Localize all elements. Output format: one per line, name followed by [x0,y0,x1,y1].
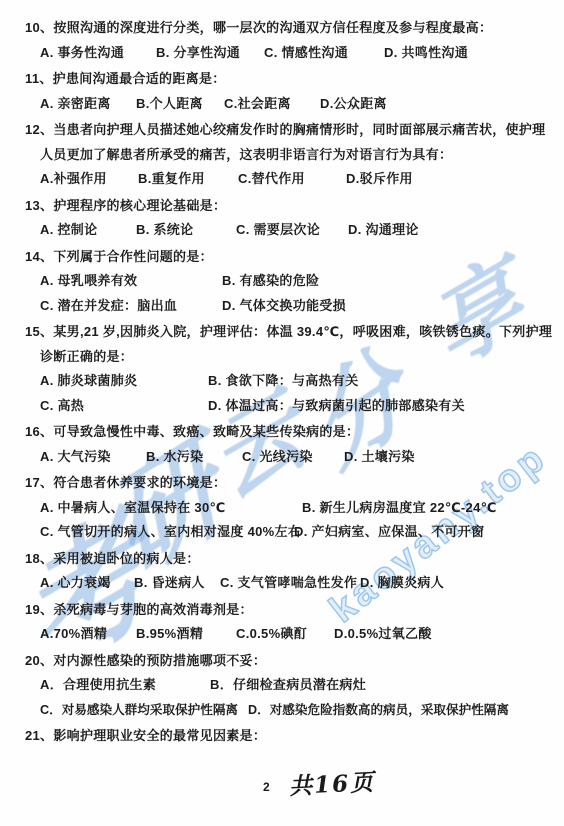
option-b: B. 食欲下降：与高热有关 [208,369,359,394]
option-d: D. 共鸣性沟通 [384,41,468,66]
option-d: D.0.5%过氧乙酸 [334,622,432,647]
handwritten-total-pages-note: 共16页 [288,764,376,801]
question-15: 15、某男,21 岁,因肺炎入院，护理评估：体温 39.4℃，呼吸困难，咳铁锈色… [25,320,556,418]
question-21: 21、影响护理职业安全的最常见因素是： [25,724,556,749]
question-16: 16、可导致急慢性中毒、致癌、致畸及某些传染病的是： A. 大气污染 B. 水污… [25,420,556,469]
option-b: B.个人距离 [136,92,224,117]
option-b: B．仔细检查病员潜在病灶 [210,673,366,698]
option-d: D. 胸膜炎病人 [360,571,444,596]
question-15-stem: 15、某男,21 岁,因肺炎入院，护理评估：体温 39.4℃，呼吸困难，咳铁锈色… [25,320,556,369]
question-14: 14、下列属于合作性问题的是： A. 母乳喂养有效 B. 有感染的危险 C. 潜… [25,245,556,319]
question-16-options: A. 大气污染 B. 水污染 C. 光线污染 D. 土壤污染 [25,445,556,470]
question-19-options: A.70%酒精 B.95%酒精 C.0.5%碘酊 D.0.5%过氧乙酸 [25,622,556,647]
question-21-stem: 21、影响护理职业安全的最常见因素是： [25,724,556,749]
option-a: A. 事务性沟通 [40,41,156,66]
option-b: B.95%酒精 [136,622,236,647]
option-a: A. 大气污染 [40,445,146,470]
option-b: B. 有感染的危险 [222,269,319,294]
option-d: D. 沟通理论 [348,218,419,243]
option-a: A.补强作用 [40,167,138,192]
option-d: D.驳斥作用 [346,167,413,192]
option-a: A. 心力衰竭 [40,571,134,596]
option-a: A. 控制论 [40,218,136,243]
option-c: C. 潜在并发症：脑出血 [40,294,222,319]
option-a: A．合理使用抗生素 [40,673,210,698]
page-number: 2 [263,780,270,794]
question-17-options-row1: A. 中暑病人、室温保持在 30℃ B. 新生儿病房温度宜 22℃-24℃ [25,496,556,521]
question-17-options-row2: C. 气管切开的病人、室内相对湿度 40%左右 D. 产妇病室、应保温、不可开窗 [25,520,556,545]
option-a: A.70%酒精 [40,622,136,647]
option-b: B. 分享性沟通 [156,41,264,66]
option-b: B. 系统论 [136,218,236,243]
question-20: 20、对内源性感染的预防措施哪项不妥： A．合理使用抗生素 B．仔细检查病员潜在… [25,649,556,723]
question-15-options-row2: C. 高热 D. 体温过高：与致病菌引起的肺部感染有关 [25,394,556,419]
question-19-stem: 19、杀死病毒与芽胞的高效消毒剂是： [25,598,556,623]
option-d: D．对感染危险指数高的病员，采取保护性隔离 [248,698,509,723]
question-20-options-row1: A．合理使用抗生素 B．仔细检查病员潜在病灶 [25,673,556,698]
question-18: 18、采用被迫卧位的病人是： A. 心力衰竭 B. 昏迷病人 C. 支气管哮喘急… [25,547,556,596]
option-c: C. 高热 [40,394,208,419]
question-11-stem: 11、护患间沟通最合适的距离是： [25,67,556,92]
question-12-options: A.补强作用 B.重复作用 C.替代作用 D.驳斥作用 [25,167,556,192]
option-b: B.重复作用 [138,167,238,192]
question-14-options-row2: C. 潜在并发症：脑出血 D. 气体交换功能受损 [25,294,556,319]
option-a: A. 母乳喂养有效 [40,269,222,294]
option-c: C. 支气管哮喘急性发作 [220,571,360,596]
option-c: C. 情感性沟通 [264,41,384,66]
question-12-stem: 12、当患者向护理人员描述她心绞痛发作时的胸痛情形时，同时面部展示痛苦状，使护理… [25,118,556,167]
question-13-stem: 13、护理程序的核心理论基础是： [25,194,556,219]
question-14-stem: 14、下列属于合作性问题的是： [25,245,556,270]
question-13-options: A. 控制论 B. 系统论 C. 需要层次论 D. 沟通理论 [25,218,556,243]
option-c: C.社会距离 [224,92,320,117]
option-c: C. 需要层次论 [236,218,348,243]
exam-page: 10、按照沟通的深度进行分类，哪一层次的沟通双方信任程度及参与程度最高： A. … [0,0,564,826]
option-a: A. 中暑病人、室温保持在 30℃ [40,496,302,521]
question-18-stem: 18、采用被迫卧位的病人是： [25,547,556,572]
option-d: D. 体温过高：与致病菌引起的肺部感染有关 [208,394,465,419]
question-18-options: A. 心力衰竭 B. 昏迷病人 C. 支气管哮喘急性发作 D. 胸膜炎病人 [25,571,556,596]
question-19: 19、杀死病毒与芽胞的高效消毒剂是： A.70%酒精 B.95%酒精 C.0.5… [25,598,556,647]
question-10: 10、按照沟通的深度进行分类，哪一层次的沟通双方信任程度及参与程度最高： A. … [25,16,556,65]
question-17: 17、符合患者休养要求的环境是： A. 中暑病人、室温保持在 30℃ B. 新生… [25,471,556,545]
question-11-options: A. 亲密距离 B.个人距离 C.社会距离 D.公众距离 [25,92,556,117]
option-c: C．对易感染人群均采取保护性隔离 [40,698,238,723]
option-d: D. 土壤污染 [344,445,415,470]
question-14-options-row1: A. 母乳喂养有效 B. 有感染的危险 [25,269,556,294]
question-11: 11、护患间沟通最合适的距离是： A. 亲密距离 B.个人距离 C.社会距离 D… [25,67,556,116]
question-16-stem: 16、可导致急慢性中毒、致癌、致畸及某些传染病的是： [25,420,556,445]
question-10-stem: 10、按照沟通的深度进行分类，哪一层次的沟通双方信任程度及参与程度最高： [25,16,556,41]
option-b: B. 水污染 [146,445,242,470]
question-12: 12、当患者向护理人员描述她心绞痛发作时的胸痛情形时，同时面部展示痛苦状，使护理… [25,118,556,192]
question-10-options: A. 事务性沟通 B. 分享性沟通 C. 情感性沟通 D. 共鸣性沟通 [25,41,556,66]
option-c: C. 光线污染 [242,445,344,470]
question-17-stem: 17、符合患者休养要求的环境是： [25,471,556,496]
option-d: D.公众距离 [320,92,387,117]
option-d: D. 气体交换功能受损 [222,294,346,319]
question-20-stem: 20、对内源性感染的预防措施哪项不妥： [25,649,556,674]
option-b: B. 昏迷病人 [134,571,220,596]
option-a: A. 肺炎球菌肺炎 [40,369,208,394]
option-c: C. 气管切开的病人、室内相对湿度 40%左右 [40,520,294,545]
option-a: A. 亲密距离 [40,92,136,117]
question-15-options-row1: A. 肺炎球菌肺炎 B. 食欲下降：与高热有关 [25,369,556,394]
option-c: C.0.5%碘酊 [236,622,334,647]
option-b: B. 新生儿病房温度宜 22℃-24℃ [302,496,497,521]
question-20-options-row2: C．对易感染人群均采取保护性隔离 D．对感染危险指数高的病员，采取保护性隔离 [25,698,556,723]
option-d: D. 产妇病室、应保温、不可开窗 [294,520,484,545]
option-c: C.替代作用 [238,167,346,192]
question-13: 13、护理程序的核心理论基础是： A. 控制论 B. 系统论 C. 需要层次论 … [25,194,556,243]
